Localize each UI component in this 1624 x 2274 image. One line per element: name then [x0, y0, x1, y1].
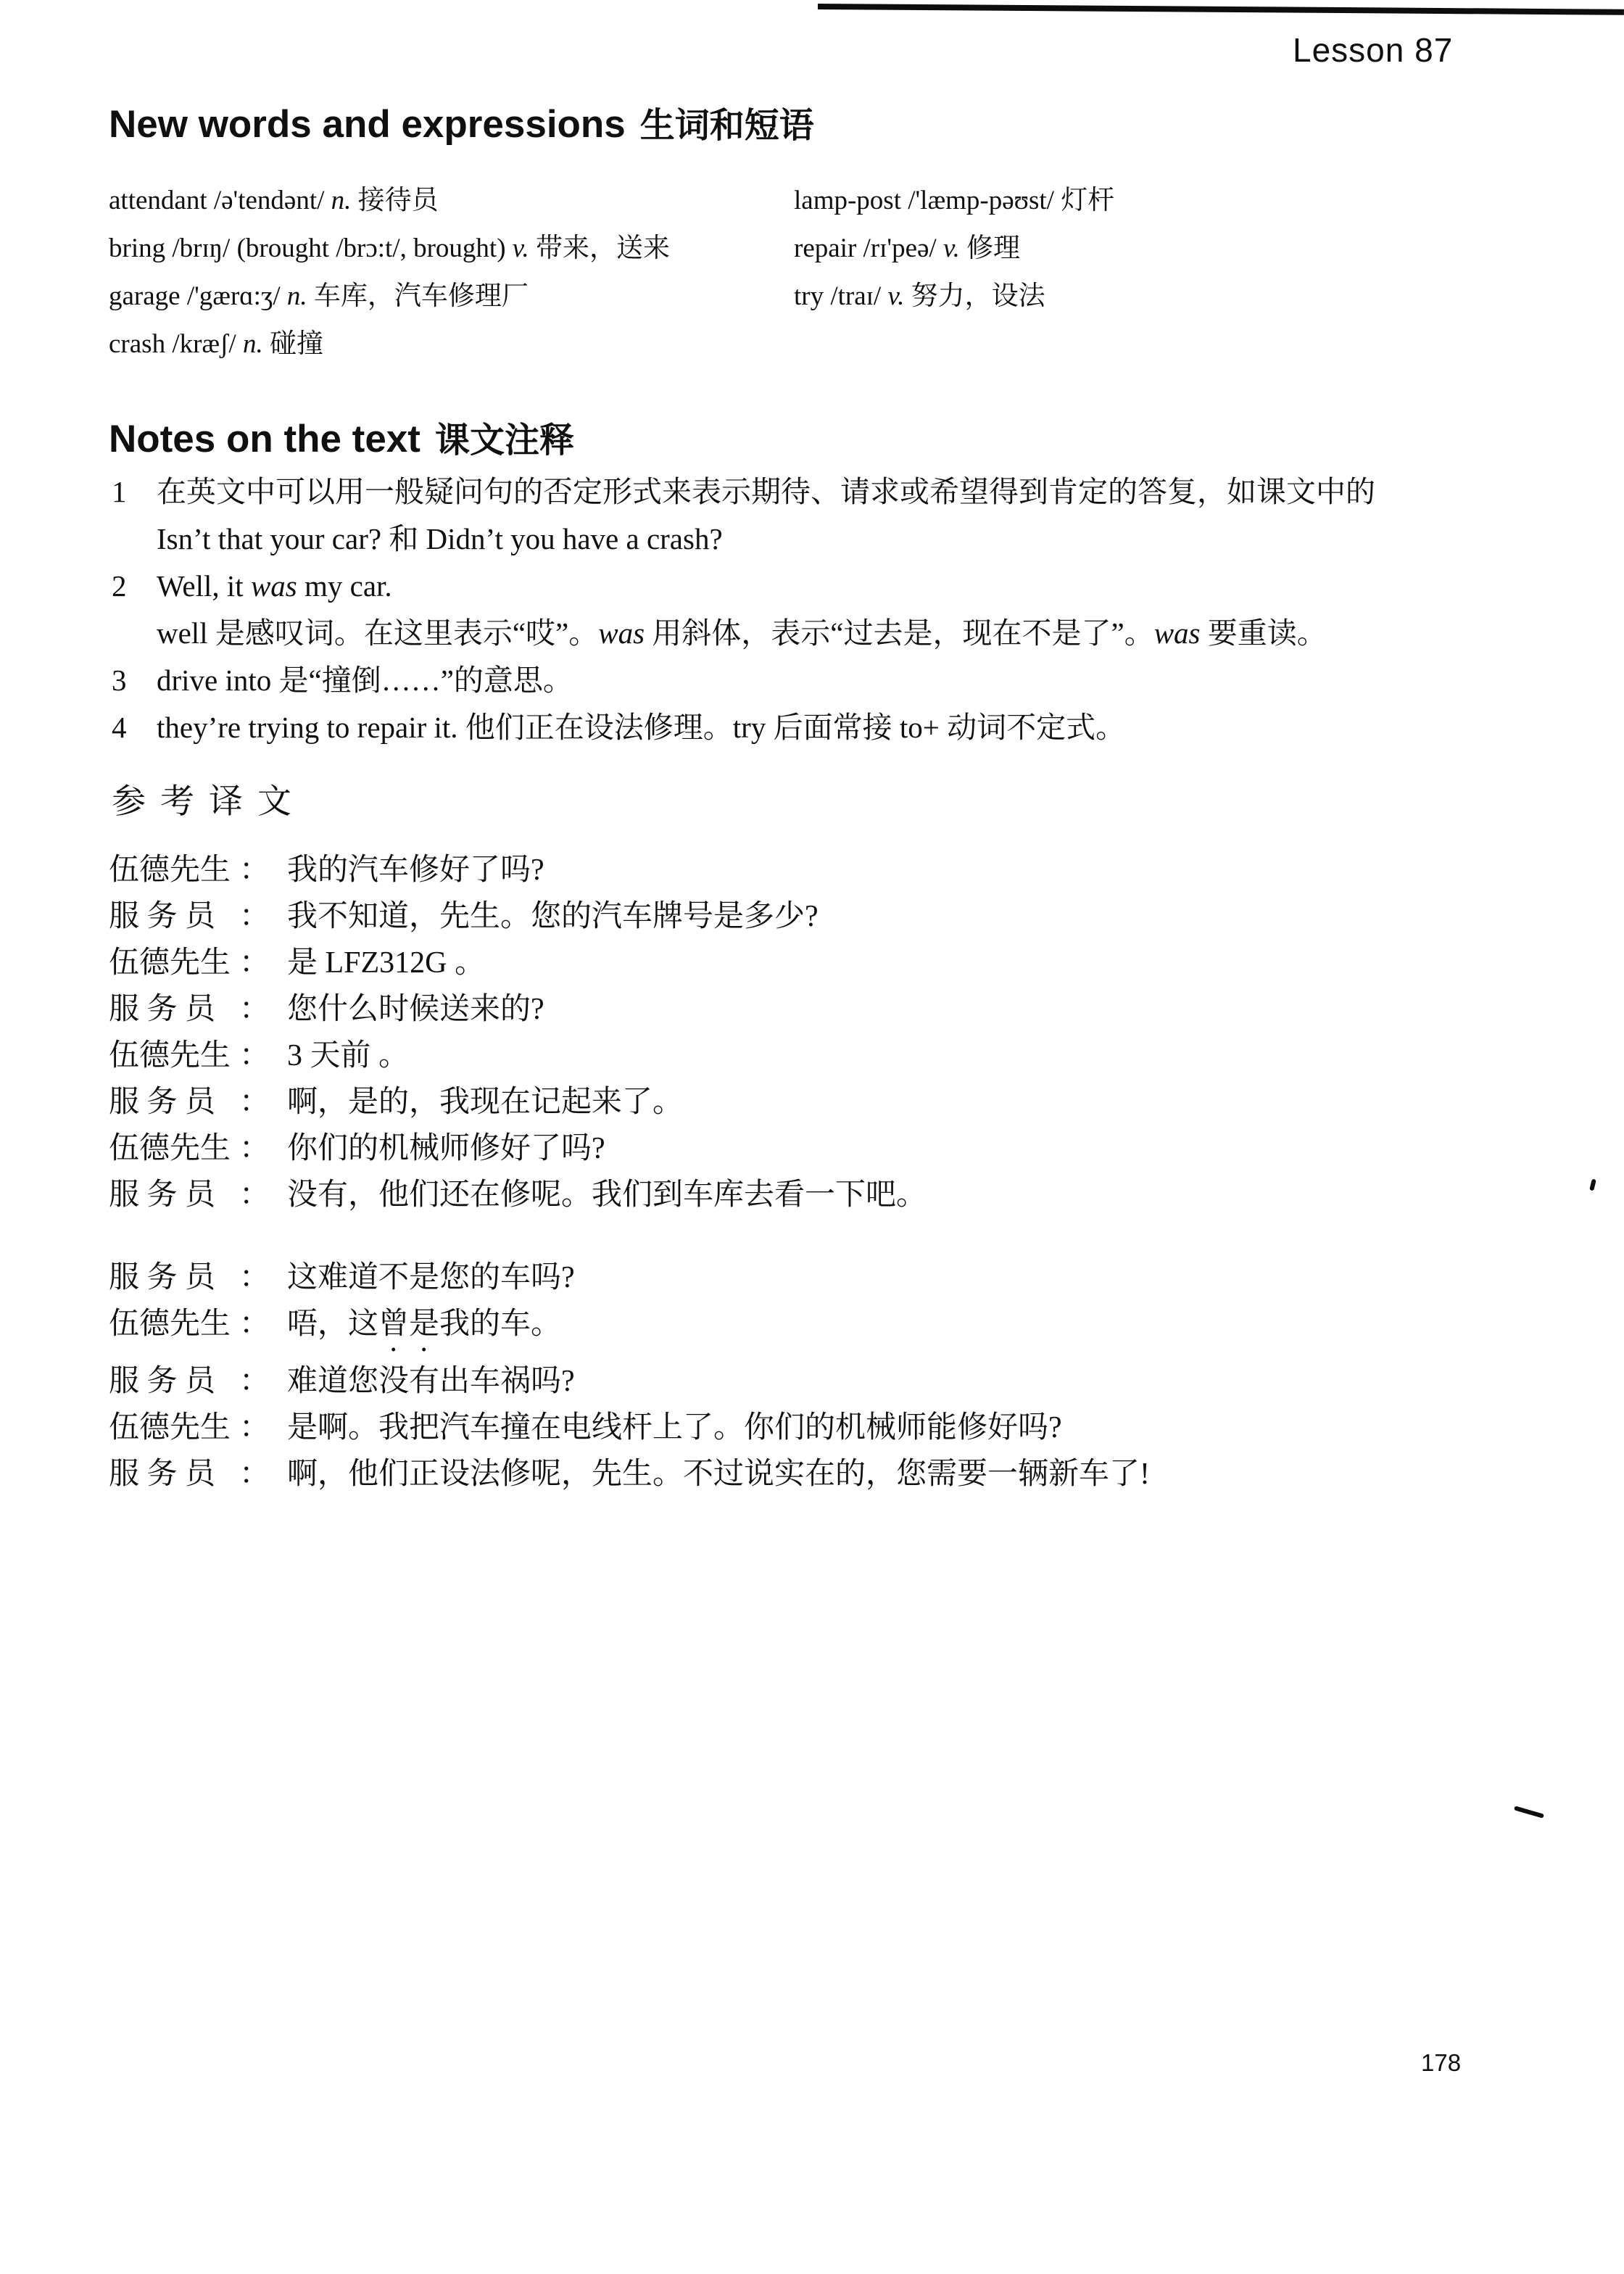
note-item: 2 Well, it was my car. well 是感叹词。在这里表示“哎… — [109, 563, 1544, 657]
dialogue-text: 没有，他们还在修呢。我们到车库去看一下吧。 — [287, 1178, 927, 1212]
vocab-word-phonetic: bring /brɪŋ/ (brought /brɔ:t/, brought) — [109, 233, 506, 263]
note-number: 2 — [112, 563, 127, 610]
scan-dash-artifact — [1514, 1806, 1544, 1818]
vocab-word-phonetic: try /traɪ/ — [794, 281, 881, 311]
dialogue-text: 3 天前 。 — [287, 1039, 409, 1072]
new-words-heading-en: New words and expressions — [109, 103, 626, 146]
page-number: 178 — [1421, 2049, 1461, 2077]
vocab-word-phonetic: attendant /ə'tendənt/ — [109, 186, 324, 215]
speaker-label: 伍德先生 — [109, 847, 233, 893]
note-line: well 是感叹词。在这里表示“哎”。was 用斜体，表示“过去是，现在不是了”… — [157, 610, 1544, 657]
speaker-label: 伍德先生 — [109, 1033, 233, 1079]
vocab-pos: n. — [243, 329, 263, 359]
note-number: 3 — [112, 657, 127, 704]
dialogue-line: 服 务 员：啊，他们正设法修呢，先生。不过说实在的，您需要一辆新车了! — [109, 1451, 1573, 1497]
dialogue-line: 服 务 员：难道您没有出车祸吗? — [109, 1358, 1573, 1405]
dialogue-text: 我不知道，先生。您的汽车牌号是多少? — [287, 900, 819, 933]
speaker-label: 服 务 员 — [109, 1358, 233, 1405]
vocab-entry: attendant /ə'tendənt/ n. 接待员 — [109, 177, 670, 225]
vocab-entry: try /traɪ/ v. 努力，设法 — [794, 273, 1114, 321]
vocab-meaning: 碰撞 — [270, 329, 323, 359]
vocab-word-phonetic: garage /'gærɑ:ʒ/ — [109, 281, 281, 311]
textbook-page: Lesson 87 New words and expressions生词和短语… — [0, 0, 1624, 2274]
notes-heading-en: Notes on the text — [109, 418, 420, 460]
dialogue-line: 服 务 员：您什么时候送来的? — [109, 986, 1573, 1033]
dialogue-line: 服 务 员：我不知道，先生。您的汽车牌号是多少? — [109, 893, 1573, 940]
speaker-label: 伍德先生 — [109, 1301, 233, 1347]
speaker-label: 服 务 员 — [109, 1172, 233, 1218]
note-text: Well, it — [157, 569, 251, 603]
speaker-label: 服 务 员 — [109, 1254, 233, 1301]
dialogue-line: 伍德先生：3 天前 。 — [109, 1033, 1573, 1079]
colon-separator: ： — [239, 1079, 270, 1125]
vocab-meaning: 带来，送来 — [536, 233, 670, 263]
dialogue-line: 伍德先生：我的汽车修好了吗? — [109, 847, 1573, 893]
speaker-label: 伍德先生 — [109, 940, 233, 986]
colon-separator: ： — [239, 893, 270, 940]
vocab-meaning: 接待员 — [358, 186, 439, 215]
colon-separator: ： — [239, 1033, 270, 1079]
vocab-meaning: 车库，汽车修理厂 — [314, 281, 529, 311]
vocab-meaning: 努力，设法 — [911, 281, 1045, 311]
colon-separator: ： — [239, 847, 270, 893]
speaker-label: 服 务 员 — [109, 893, 233, 940]
note-text: 用斜体，表示“过去是，现在不是了”。 — [645, 616, 1154, 650]
vocab-word-phonetic: lamp-post /'læmp-pəʊst/ — [794, 186, 1054, 215]
vocab-entry: garage /'gærɑ:ʒ/ n. 车库，汽车修理厂 — [109, 273, 670, 321]
colon-separator: ： — [239, 1254, 270, 1301]
speaker-label: 伍德先生 — [109, 1125, 233, 1172]
dialogue-text: 啊，他们正设法修呢，先生。不过说实在的，您需要一辆新车了! — [287, 1458, 1150, 1491]
speaker-label: 伍德先生 — [109, 1405, 233, 1451]
speaker-label: 服 务 员 — [109, 1079, 233, 1125]
vocab-pos: n. — [331, 186, 352, 215]
vocab-meaning: 灯杆 — [1061, 186, 1114, 215]
note-number: 1 — [112, 468, 127, 516]
dialogue-block-2: 服 务 员：这难道不是您的车吗? 伍德先生：唔，这曾是我的车。 服 务 员：难道… — [109, 1254, 1573, 1497]
vocab-entry: lamp-post /'læmp-pəʊst/ 灯杆 — [794, 177, 1114, 225]
vocab-pos: n. — [287, 281, 307, 311]
colon-separator: ： — [239, 1125, 270, 1172]
vocab-pos: v. — [943, 233, 960, 263]
dialogue-text: 我的汽车修好了吗? — [287, 853, 544, 887]
vocab-word-phonetic: crash /kræʃ/ — [109, 329, 236, 359]
new-words-heading-zh: 生词和短语 — [640, 107, 814, 145]
colon-separator: ： — [239, 1301, 270, 1347]
note-line: 在英文中可以用一般疑问句的否定形式来表示期待、请求或希望得到肯定的答复，如课文中… — [157, 468, 1544, 516]
note-text: well 是感叹词。在这里表示“哎”。 — [157, 616, 598, 650]
vocab-pos: v. — [513, 233, 529, 263]
notes-heading: Notes on the text课文注释 — [109, 412, 574, 462]
note-line: Well, it was my car. — [157, 563, 1544, 610]
vocab-entry: bring /brɪŋ/ (brought /brɔ:t/, brought) … — [109, 225, 670, 273]
scan-line-artifact — [818, 4, 1624, 15]
note-item: 3 drive into 是“撞倒……”的意思。 — [109, 657, 1544, 704]
dialogue-line: 伍德先生：是 LFZ312G 。 — [109, 940, 1573, 986]
dialogue-text: 我的车。 — [439, 1307, 561, 1341]
colon-separator: ： — [239, 1172, 270, 1218]
note-text-italic: was — [1154, 616, 1201, 650]
note-number: 4 — [112, 704, 127, 751]
vocab-entry: repair /rɪ'peə/ v. 修理 — [794, 225, 1114, 273]
note-line: they’re trying to repair it. 他们正在设法修理。tr… — [157, 704, 1544, 751]
dialogue-line: 伍德先生：是啊。我把汽车撞在电线杆上了。你们的机械师能修好吗? — [109, 1405, 1573, 1451]
dialogue-text: 是啊。我把汽车撞在电线杆上了。你们的机械师能修好吗? — [287, 1411, 1062, 1444]
note-item: 4 they’re trying to repair it. 他们正在设法修理。… — [109, 704, 1544, 751]
colon-separator: ： — [239, 986, 270, 1033]
reference-translation-heading: 参考译文 — [112, 774, 306, 823]
note-text-italic: was — [251, 569, 297, 603]
vocab-meaning: 修理 — [966, 233, 1020, 263]
dialogue-line: 伍德先生：唔，这曾是我的车。 — [109, 1301, 1573, 1358]
note-line: drive into 是“撞倒……”的意思。 — [157, 657, 1544, 704]
scan-speck-artifact — [1589, 1179, 1596, 1191]
dialogue-text: 这难道不是您的车吗? — [287, 1261, 575, 1294]
colon-separator: ： — [239, 1358, 270, 1405]
note-line: Isn’t that your car? 和 Didn’t you have a… — [157, 516, 1544, 563]
dialogue-text: 是 LFZ312G 。 — [287, 946, 485, 980]
note-text: 要重读。 — [1201, 616, 1327, 650]
notes-list: 1 在英文中可以用一般疑问句的否定形式来表示期待、请求或希望得到肯定的答复，如课… — [109, 468, 1544, 751]
speaker-label: 服 务 员 — [109, 1451, 233, 1497]
dialogue-text: 啊，是的，我现在记起来了。 — [287, 1086, 683, 1119]
dialogue-text: 难道您没有出车祸吗? — [287, 1365, 575, 1398]
dialogue-line: 服 务 员：啊，是的，我现在记起来了。 — [109, 1079, 1573, 1125]
translation-dialogue: 伍德先生：我的汽车修好了吗? 服 务 员：我不知道，先生。您的汽车牌号是多少? … — [109, 847, 1573, 1497]
vocab-pos: v. — [887, 281, 904, 311]
vocab-word-phonetic: repair /rɪ'peə/ — [794, 233, 937, 263]
dialogue-line: 伍德先生：你们的机械师修好了吗? — [109, 1125, 1573, 1172]
colon-separator: ： — [239, 940, 270, 986]
notes-heading-zh: 课文注释 — [435, 421, 574, 460]
dialogue-line: 服 务 员：这难道不是您的车吗? — [109, 1254, 1573, 1301]
dialogue-text: 您什么时候送来的? — [287, 993, 544, 1026]
note-text: my car. — [297, 569, 392, 603]
dialogue-text: 你们的机械师修好了吗? — [287, 1132, 605, 1165]
note-item: 1 在英文中可以用一般疑问句的否定形式来表示期待、请求或希望得到肯定的答复，如课… — [109, 468, 1544, 563]
dialogue-text-emphasized: 曾是 — [378, 1307, 439, 1341]
vocab-entry: crash /kræʃ/ n. 碰撞 — [109, 321, 670, 368]
dialogue-line: 服 务 员：没有，他们还在修呢。我们到车库去看一下吧。 — [109, 1172, 1573, 1218]
vocabulary-column-left: attendant /ə'tendənt/ n. 接待员 bring /brɪŋ… — [109, 177, 670, 368]
colon-separator: ： — [239, 1405, 270, 1451]
dialogue-block-1: 伍德先生：我的汽车修好了吗? 服 务 员：我不知道，先生。您的汽车牌号是多少? … — [109, 847, 1573, 1218]
colon-separator: ： — [239, 1451, 270, 1497]
vocabulary-column-right: lamp-post /'læmp-pəʊst/ 灯杆 repair /rɪ'pe… — [794, 177, 1114, 321]
speaker-label: 服 务 员 — [109, 986, 233, 1033]
lesson-number: Lesson 87 — [1293, 30, 1453, 70]
note-text-italic: was — [598, 616, 645, 650]
dialogue-text: 唔，这 — [287, 1307, 378, 1341]
new-words-heading: New words and expressions生词和短语 — [109, 97, 814, 147]
